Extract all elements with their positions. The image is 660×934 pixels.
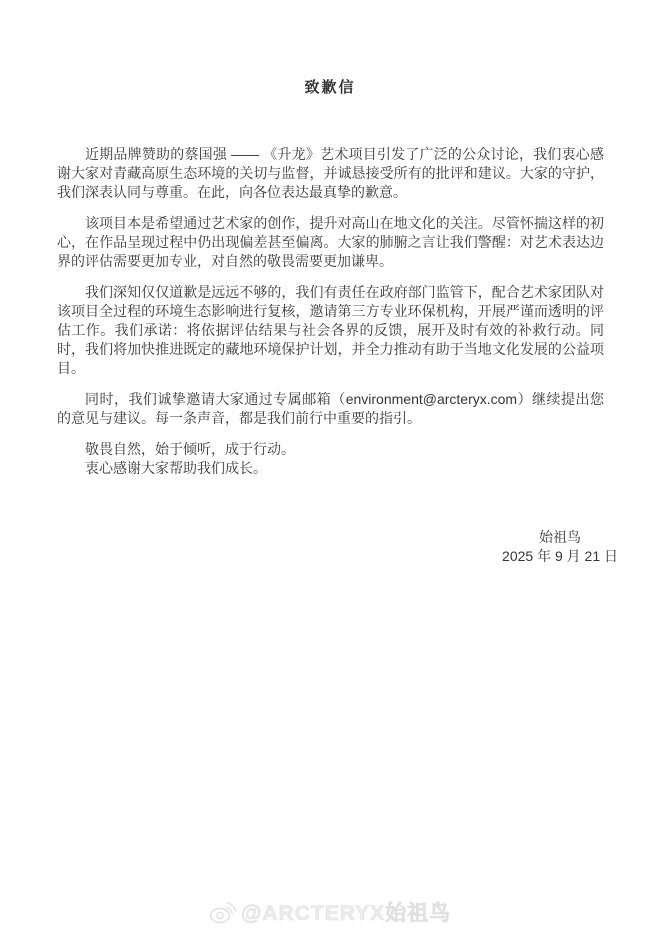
signature-block: 始祖鸟 2025 年 9 月 21 日 [502, 528, 618, 566]
signature-name: 始祖鸟 [502, 528, 618, 547]
signature-date: 2025 年 9 月 21 日 [502, 547, 618, 566]
closing-block: 敬畏自然，始于倾听，成于行动。 衷心感谢大家帮助我们成长。 [57, 440, 604, 478]
letter-body: 近期品牌赞助的蔡国强 —— 《升龙》艺术项目引发了广泛的公众讨论，我们衷心感谢大… [57, 145, 604, 478]
apology-letter-page: 致歉信 近期品牌赞助的蔡国强 —— 《升龙》艺术项目引发了广泛的公众讨论，我们衷… [0, 0, 660, 934]
letter-paragraph: 同时，我们诚挚邀请大家通过专属邮箱（environment@arcteryx.c… [57, 390, 604, 428]
watermark-text: @ARCTERYX始祖鸟 [241, 897, 451, 927]
weibo-icon [209, 900, 236, 924]
weibo-watermark: @ARCTERYX始祖鸟 [0, 897, 660, 927]
letter-paragraph: 我们深知仅仅道歉是远远不够的，我们有责任在政府部门监管下，配合艺术家团队对该项目… [57, 283, 604, 378]
letter-paragraph: 近期品牌赞助的蔡国强 —— 《升龙》艺术项目引发了广泛的公众讨论，我们衷心感谢大… [57, 145, 604, 202]
closing-line: 敬畏自然，始于倾听，成于行动。 [85, 440, 604, 459]
letter-title: 致歉信 [0, 0, 660, 98]
closing-line: 衷心感谢大家帮助我们成长。 [85, 459, 604, 478]
letter-paragraph: 该项目本是希望通过艺术家的创作，提升对高山在地文化的关注。尽管怀揣这样的初心，在… [57, 214, 604, 271]
